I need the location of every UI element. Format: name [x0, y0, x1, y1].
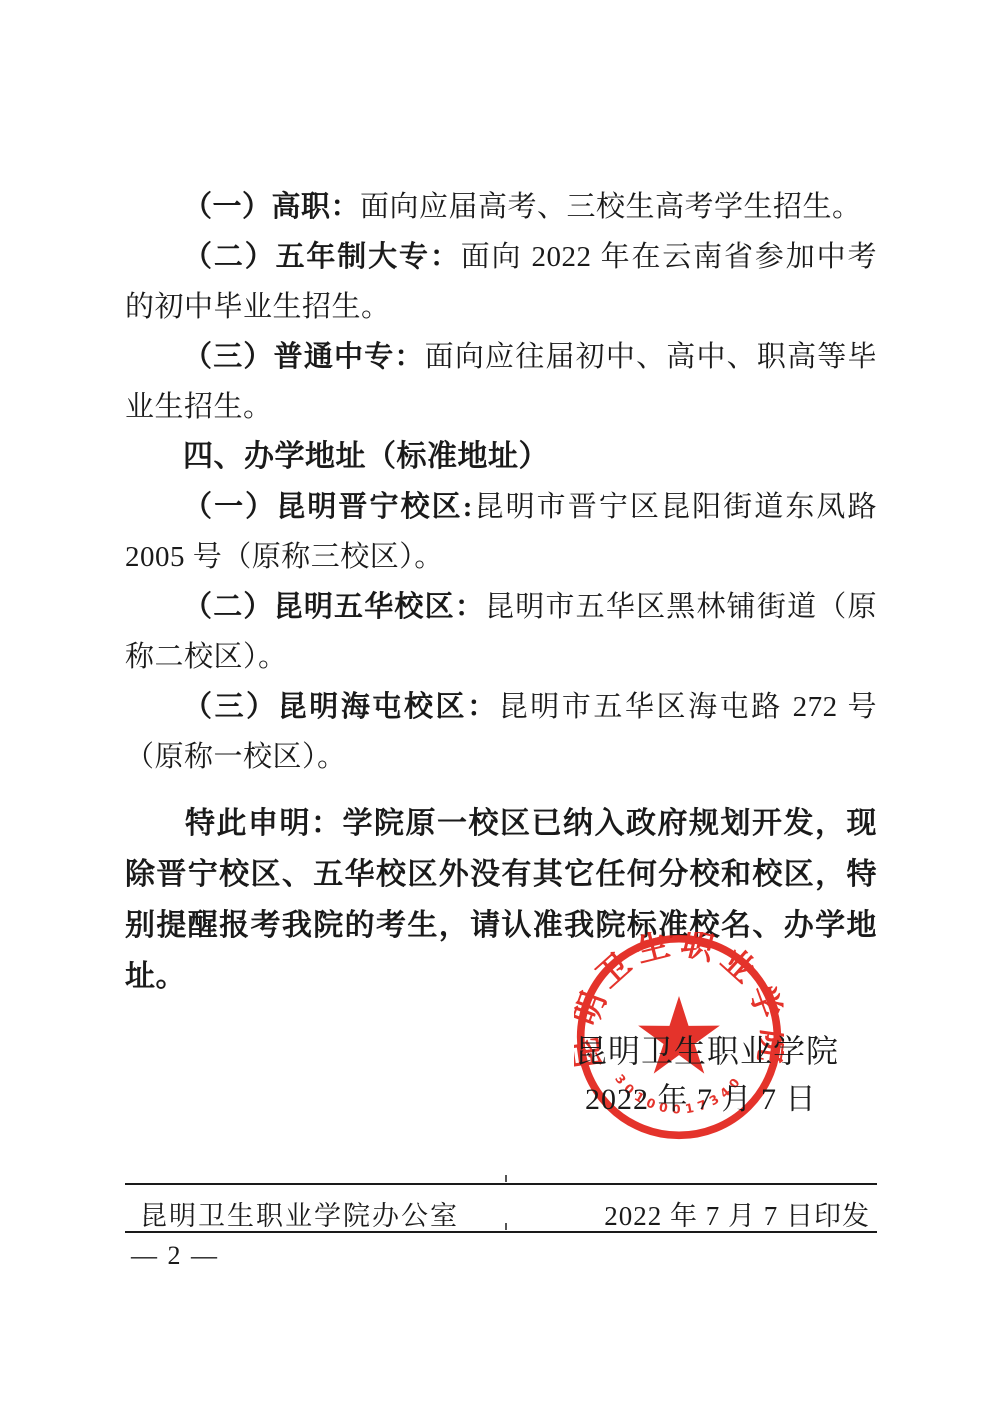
enrollment-item-1-label: （一）高职： [183, 191, 360, 223]
enrollment-item-2-label: （二）五年制大专： [183, 241, 461, 273]
signature-date: 2022 年 7 月 7 日 [585, 1074, 817, 1118]
section-heading-address: 四、办学地址（标准地址） [125, 432, 877, 482]
enrollment-item-1-text: 面向应届高考、三校生高考学生招生。 [360, 191, 862, 223]
campus-item-1: （一）昆明晋宁校区:昆明市晋宁区昆阳街道东凤路 2005 号（原称三校区）。 [125, 482, 877, 582]
enrollment-item-1: （一）高职：面向应届高考、三校生高考学生招生。 [125, 182, 877, 232]
campus-item-3: （三）昆明海屯校区：昆明市五华区海屯路 272 号（原称一校区）。 [125, 682, 877, 782]
footer-issuing-office: 昆明卫生职业学院办公室 [140, 1194, 459, 1233]
footer-rule-bottom [125, 1231, 877, 1233]
campus-item-2-label: （二）昆明五华校区： [183, 591, 485, 623]
enrollment-item-3-label: （三）普通中专： [183, 341, 425, 373]
page-number: — 2 — [131, 1241, 219, 1271]
enrollment-item-3: （三）普通中专：面向应往届初中、高中、职高等毕业生招生。 [125, 332, 877, 432]
footer-center-tick-bottom [505, 1223, 507, 1230]
enrollment-item-2: （二）五年制大专：面向 2022 年在云南省参加中考的初中毕业生招生。 [125, 232, 877, 332]
campus-item-1-label: （一）昆明晋宁校区: [183, 491, 473, 523]
document-body: （一）高职：面向应届高考、三校生高考学生招生。 （二）五年制大专：面向 2022… [125, 182, 877, 1002]
footer-print-date: 2022 年 7 月 7 日印发 [604, 1194, 870, 1233]
campus-item-3-label: （三）昆明海屯校区： [183, 691, 499, 723]
footer-rule-top [125, 1183, 877, 1185]
footer-center-tick-top [505, 1175, 507, 1182]
document-page: （一）高职：面向应届高考、三校生高考学生招生。 （二）五年制大专：面向 2022… [0, 0, 992, 1403]
campus-item-2: （二）昆明五华校区：昆明市五华区黑林铺街道（原称二校区）。 [125, 582, 877, 682]
signature-organization: 昆明卫生职业学院 [575, 1026, 839, 1072]
